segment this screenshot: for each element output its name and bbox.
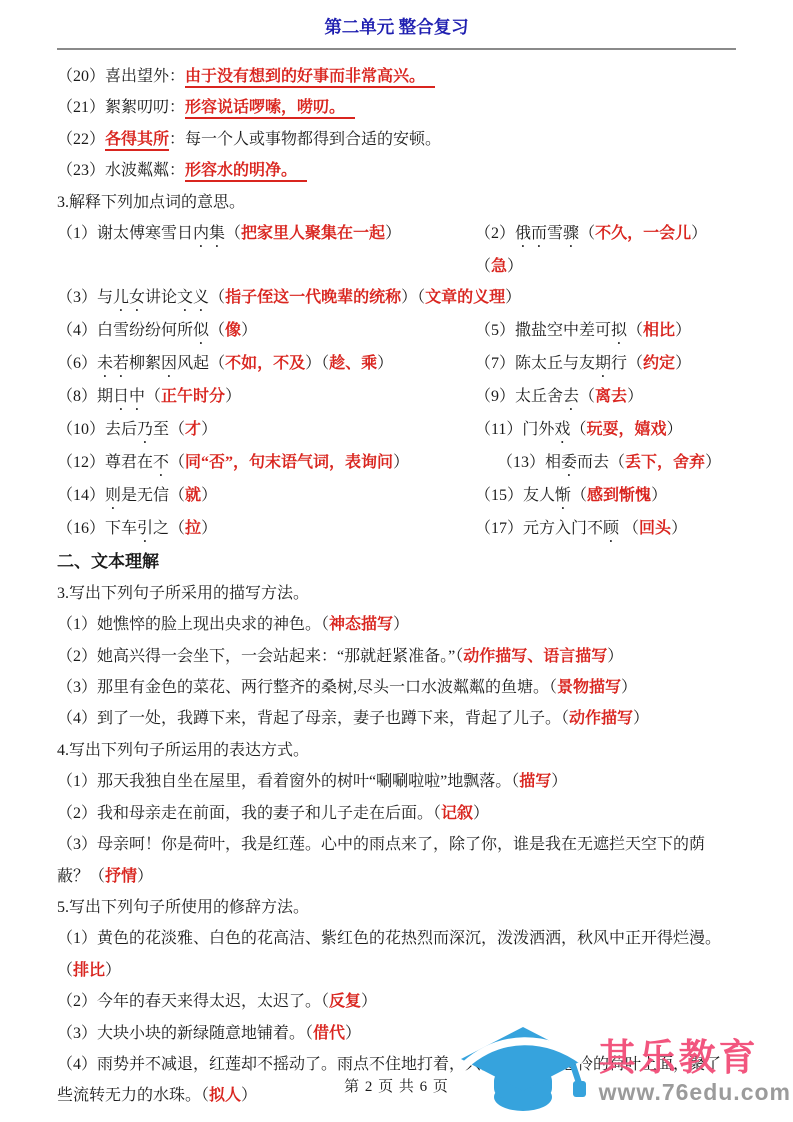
emphasized-word: 因 (161, 355, 177, 372)
emphasized-word: 顾 (603, 520, 619, 537)
question-text: （2）她高兴得一会坐下，一会站起来：“那就赶紧准备。”（ (57, 648, 463, 665)
question-text: 至（ (153, 421, 185, 438)
question-text: （7）陈太丘与友 (475, 355, 595, 372)
emphasized-word: 惭 (555, 487, 571, 504)
answer-text: 急 (491, 258, 507, 275)
question-text: 柳絮 (129, 355, 161, 372)
question-text: （ (570, 421, 586, 438)
question-text: （2） (475, 225, 515, 242)
answer-text: 离去 (595, 388, 627, 405)
question-text: （2）我和母亲走在前面，我的妻子和儿子走在后面。（ (57, 805, 441, 822)
question-text: ） (393, 616, 409, 633)
explain-item-7: （7）陈太丘与友期行（约定） (475, 348, 736, 381)
definition-item-20: （20）喜出望外：由于没有想到的好事而非常高兴。 (57, 61, 736, 92)
brand-text: 其乐教育 www.76edu.com (599, 1038, 791, 1106)
term-underlined: 各得其所 (105, 131, 169, 151)
question-text: （1）那天我独自坐在屋里，看着窗外的树叶“唰唰啦啦”地飘落。（ (57, 773, 519, 790)
question-text: ） (705, 454, 721, 471)
question-text: （ (619, 520, 639, 537)
question-text: （6） (57, 355, 97, 372)
explain-item-17: （17）元方入门不顾 （回头） (475, 513, 736, 546)
question-text: （10）去后 (57, 421, 137, 438)
answer-text: 动作描写、语言描写 (463, 648, 607, 665)
emphasized-word: 拟 (611, 322, 627, 339)
question-text: 风起（ (177, 355, 225, 372)
answer-text: 排比 (73, 962, 105, 979)
definition-item-21: （21）絮絮叨叨：形容说话啰嗦，唠叨。 (57, 92, 736, 123)
question-text: （11）门外 (475, 421, 554, 438)
question-text: （ (145, 388, 161, 405)
explain-item-13: （13）相委而去（丢下，舍弃） (475, 447, 736, 480)
q3-item-3: （3）那里有金色的菜花、两行整齐的桑树,尽头一口水波粼粼的鱼塘。（景物描写） (57, 672, 736, 703)
question-text: ） (473, 805, 489, 822)
answer-text: 抒情 (105, 868, 137, 885)
question-text: ） (651, 487, 667, 504)
answer-text: 神态描写 (329, 616, 393, 633)
document-content: （20）喜出望外：由于没有想到的好事而非常高兴。 （21）絮絮叨叨：形容说话啰嗦… (57, 61, 736, 1112)
question-text: 讲论 (145, 289, 177, 306)
question-text: 行（ (611, 355, 643, 372)
emphasized-word: 不 (153, 454, 169, 471)
question-text: （9）太丘舍 (475, 388, 563, 405)
answer-text: 同“否”，句末语气词，表询问 (185, 454, 393, 471)
question-text: （1）黄色的花淡雅、白色的花高洁、紫红色的花热烈而深沉，泼泼洒洒，秋风中正开得烂… (57, 930, 721, 978)
question-text: ） (345, 1025, 361, 1042)
question-text: ） (201, 520, 217, 537)
question-text: （ (627, 322, 643, 339)
question-text: 而去（ (577, 454, 625, 471)
emphasized-word: 似 (193, 322, 209, 339)
question-text: （ (209, 289, 225, 306)
question-text: （4）到了一处，我蹲下来，背起了母亲，妻子也蹲下来，背起了儿子。（ (57, 710, 569, 727)
question-text: ） (385, 225, 401, 242)
explain-row: （4）白雪纷纷何所似（像） （5）撒盐空中差可拟（相比） (57, 315, 736, 348)
question-text: ）（ (305, 355, 329, 372)
explain-row: （6）未若柳絮因风起（不如，不及）（趁、乘） （7）陈太丘与友期行（约定） (57, 348, 736, 381)
emphasized-word: 俄而 (515, 225, 547, 242)
answer-text-underlined: 形容说话啰嗦，唠叨。 (185, 99, 355, 119)
explain-item-9: （9）太丘舍去（离去） (475, 381, 736, 414)
answer-text: 不如，不及 (225, 355, 305, 372)
explain-row: （8）期日中（正午时分） （9）太丘舍去（离去） (57, 381, 736, 414)
answer-text: 相比 (643, 322, 675, 339)
answer-text: 趁、乘 (329, 355, 377, 372)
emphasized-word: 戏 (554, 421, 570, 438)
explain-item-14: （14）则是无信（就） (57, 480, 475, 513)
question-text: 之（ (153, 520, 185, 537)
question-text: ） (201, 487, 217, 504)
answer-text-underlined: 形容水的明净。 (185, 162, 307, 182)
question-text: ） (633, 710, 649, 727)
question-text: ） (377, 355, 393, 372)
explain-item-16: （16）下车引之（拉） (57, 513, 475, 546)
question-text: （8）期 (57, 388, 113, 405)
q5-item-1: （1）黄色的花淡雅、白色的花高洁、紫红色的花热烈而深沉，泼泼洒洒，秋风中正开得烂… (57, 923, 736, 986)
emphasized-word: 未若 (97, 355, 129, 372)
question-text: ） (666, 421, 682, 438)
emphasized-word: 日中 (113, 388, 145, 405)
question-text: （3）那里有金色的菜花、两行整齐的桑树,尽头一口水波粼粼的鱼塘。（ (57, 679, 557, 696)
question-text: ） (671, 520, 687, 537)
answer-text: 才 (185, 421, 201, 438)
answer-text: 回头 (639, 520, 671, 537)
question-text: ） (393, 454, 409, 471)
emphasized-word: 乃 (137, 421, 153, 438)
explain-row: （16）下车引之（拉） （17）元方入门不顾 （回头） (57, 513, 736, 546)
answer-text: 正午时分 (161, 388, 225, 405)
question-text: ） (607, 648, 623, 665)
answer-text: 把家里人聚集在一起 (241, 225, 385, 242)
question-text: 是无信（ (121, 487, 185, 504)
question-text: ）（ (401, 289, 425, 306)
brand-name: 其乐教育 (599, 1038, 759, 1079)
question-text: （3）大块小块的新绿随意地铺着。（ (57, 1025, 313, 1042)
question-text: （16）下车 (57, 520, 137, 537)
explain-row: （12）尊君在不（同“否”，句末语气词，表询问） （13）相委而去（丢下，舍弃） (57, 447, 736, 480)
definition-item-22: （22）各得其所：每一个人或事物都得到合适的安顿。 (57, 124, 736, 155)
q3-item-2: （2）她高兴得一会坐下，一会站起来：“那就赶紧准备。”（动作描写、语言描写） (57, 641, 736, 672)
graduation-cap-icon (461, 1025, 589, 1120)
question-text: ） (627, 388, 643, 405)
question-text: （23）水波粼粼： (57, 162, 185, 179)
question-text: （ (579, 225, 595, 242)
answer-text-underlined: 由于没有想到的好事而非常高兴。 (185, 68, 435, 88)
answer-text: 玩耍，嬉戏 (586, 421, 666, 438)
explain-row: （14）则是无信（就） （15）友人惭（感到惭愧） (57, 480, 736, 513)
page-title: 第二单元 整合复习 (57, 0, 736, 39)
emphasized-word: 期 (595, 355, 611, 372)
question-text: ） (675, 355, 691, 372)
question-text: （ (209, 322, 225, 339)
emphasized-word: 文义 (177, 289, 209, 306)
section-heading-text-comprehension: 二、文本理解 (57, 546, 736, 577)
explain-item-1: （1）谢太傅寒雪日内集（把家里人聚集在一起） (57, 218, 475, 282)
question-text: 雪 (547, 225, 563, 242)
question-3-heading: 3.解释下列加点词的意思。 (57, 187, 736, 218)
question-text: （ (169, 454, 185, 471)
emphasized-word: 骤 (563, 225, 579, 242)
answer-text: 借代 (313, 1025, 345, 1042)
question-text: （13）相 (497, 454, 561, 471)
answer-text: 拉 (185, 520, 201, 537)
question-text: （3）母亲呵！你是荷叶，我是红莲。心中的雨点来了，除了你，谁是我在无遮拦天空下的… (57, 836, 705, 884)
question-text: ） (201, 421, 217, 438)
question-text: ） (621, 679, 637, 696)
header-divider (57, 48, 736, 50)
brand-url: www.76edu.com (599, 1079, 791, 1107)
answer-text: 指子侄这一代晚辈的统称 (225, 289, 401, 306)
question-text: （17）元方入门不 (475, 520, 603, 537)
question-text: （2）今年的春天来得太迟，太迟了。（ (57, 993, 329, 1010)
answer-text: 文章的义理 (425, 289, 505, 306)
question-text: ） (507, 258, 523, 275)
answer-text: 景物描写 (557, 679, 621, 696)
question-text: （5）撒盐空中差可 (475, 322, 611, 339)
question-text: （4）白雪纷纷何所 (57, 322, 193, 339)
q4-heading: 4.写出下列句子所运用的表达方式。 (57, 735, 736, 766)
question-text: （1）她憔悴的脸上现出央求的神色。（ (57, 616, 329, 633)
explain-item-2: （2）俄而雪骤（不久，一会儿）（急） (475, 218, 736, 282)
question-text: ） (241, 322, 257, 339)
question-text: ） (551, 773, 567, 790)
answer-text: 像 (225, 322, 241, 339)
question-text: （3）与 (57, 289, 113, 306)
explain-item-15: （15）友人惭（感到惭愧） (475, 480, 736, 513)
explain-item-3: （3）与儿女讲论文义（指子侄这一代晚辈的统称）（文章的义理） (57, 282, 736, 315)
explain-item-12: （12）尊君在不（同“否”，句末语气词，表询问） (57, 447, 475, 480)
emphasized-word: 儿女 (113, 289, 145, 306)
answer-text: 就 (185, 487, 201, 504)
question-text: （1）谢太傅寒雪日 (57, 225, 193, 242)
explain-row: （10）去后乃至（才） （11）门外戏（玩耍，嬉戏） (57, 414, 736, 447)
answer-text: 感到惭愧 (587, 487, 651, 504)
explain-item-4: （4）白雪纷纷何所似（像） (57, 315, 475, 348)
page-number-text: 第 2 页 共 6 页 (344, 1079, 449, 1095)
explain-item-5: （5）撒盐空中差可拟（相比） (475, 315, 736, 348)
answer-text: 约定 (643, 355, 675, 372)
emphasized-word: 内集 (193, 225, 225, 242)
question-text: （20）喜出望外： (57, 68, 185, 85)
explain-item-10: （10）去后乃至（才） (57, 414, 475, 447)
q5-heading: 5.写出下列句子所使用的修辞方法。 (57, 892, 736, 923)
question-text: ） (505, 289, 521, 306)
question-text: （ (225, 225, 241, 242)
emphasized-word: 去 (563, 388, 579, 405)
question-text: ） (105, 962, 121, 979)
q4-item-3: （3）母亲呵！你是荷叶，我是红莲。心中的雨点来了，除了你，谁是我在无遮拦天空下的… (57, 829, 736, 892)
explain-item-8: （8）期日中（正午时分） (57, 381, 475, 414)
q3-item-1: （1）她憔悴的脸上现出央求的神色。（神态描写） (57, 609, 736, 640)
explain-row: （1）谢太傅寒雪日内集（把家里人聚集在一起） （2）俄而雪骤（不久，一会儿）（急… (57, 218, 736, 282)
q5-item-2: （2）今年的春天来得太迟，太迟了。（反复） (57, 986, 736, 1017)
emphasized-word: 则 (105, 487, 121, 504)
question-text: （ (579, 388, 595, 405)
answer-text: 丢下，舍弃 (625, 454, 705, 471)
question-text: （14） (57, 487, 105, 504)
emphasized-word: 委 (561, 454, 577, 471)
definition-item-23: （23）水波粼粼：形容水的明净。 (57, 155, 736, 186)
question-text: ） (675, 322, 691, 339)
answer-text: 不久，一会儿 (595, 225, 691, 242)
answer-text: 描写 (519, 773, 551, 790)
q4-item-2: （2）我和母亲走在前面，我的妻子和儿子走在后面。（记叙） (57, 798, 736, 829)
question-text: （15）友人 (475, 487, 555, 504)
q3-heading: 3.写出下列句子所采用的描写方法。 (57, 578, 736, 609)
question-text: ：每一个人或事物都得到合适的安顿。 (169, 131, 441, 148)
question-text: ） (137, 868, 153, 885)
question-text: （ (571, 487, 587, 504)
question-text: （21）絮絮叨叨： (57, 99, 185, 116)
explain-item-11: （11）门外戏（玩耍，嬉戏） (475, 414, 736, 447)
answer-text: 动作描写 (569, 710, 633, 727)
question-text: ） (225, 388, 241, 405)
question-text: （12）尊君在 (57, 454, 153, 471)
answer-text: 记叙 (441, 805, 473, 822)
question-text: ） (361, 993, 377, 1010)
emphasized-word: 引 (137, 520, 153, 537)
q3-item-4: （4）到了一处，我蹲下来，背起了母亲，妻子也蹲下来，背起了儿子。（动作描写） (57, 703, 736, 734)
brand-logo: 其乐教育 www.76edu.com (461, 1025, 791, 1120)
document-page: 第二单元 整合复习 （20）喜出望外：由于没有想到的好事而非常高兴。 （21）絮… (0, 0, 793, 1122)
answer-text: 反复 (329, 993, 361, 1010)
question-text: （22） (57, 131, 105, 148)
explain-item-6: （6）未若柳絮因风起（不如，不及）（趁、乘） (57, 348, 475, 381)
q4-item-1: （1）那天我独自坐在屋里，看着窗外的树叶“唰唰啦啦”地飘落。（描写） (57, 766, 736, 797)
